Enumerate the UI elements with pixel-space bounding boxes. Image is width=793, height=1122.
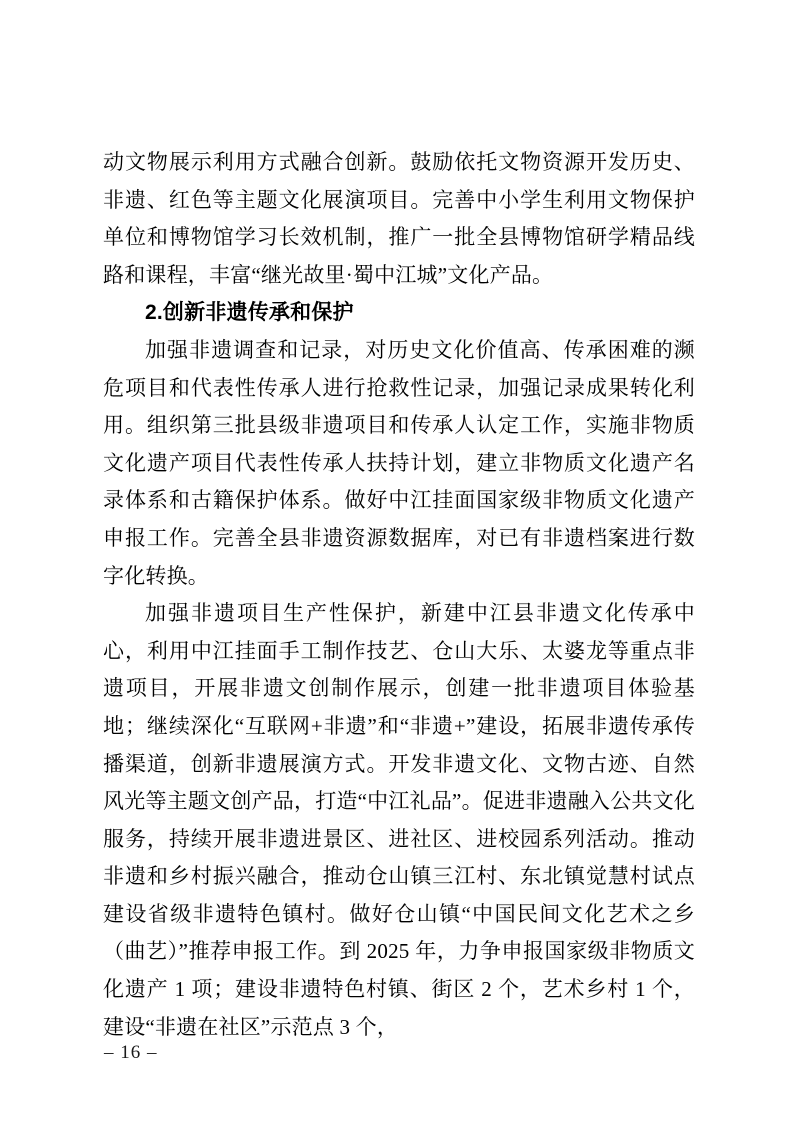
document-page: 动文物展示利用方式融合创新。鼓励依托文物资源开发历史、非遗、红色等主题文化展演项… <box>0 0 793 1122</box>
paragraph: 加强非遗调查和记录，对历史文化价值高、传承困难的濒危项目和代表性传承人进行抢救性… <box>103 332 695 595</box>
paragraph-continuation: 动文物展示利用方式融合创新。鼓励依托文物资源开发历史、非遗、红色等主题文化展演项… <box>103 144 695 294</box>
page-number: – 16 – <box>104 1041 158 1065</box>
paragraph: 加强非遗项目生产性保护，新建中江县非遗文化传承中心，利用中江挂面手工制作技艺、仓… <box>103 595 695 1046</box>
section-heading: 2.创新非遗传承和保护 <box>103 294 695 332</box>
document-content: 动文物展示利用方式融合创新。鼓励依托文物资源开发历史、非遗、红色等主题文化展演项… <box>103 144 695 1046</box>
